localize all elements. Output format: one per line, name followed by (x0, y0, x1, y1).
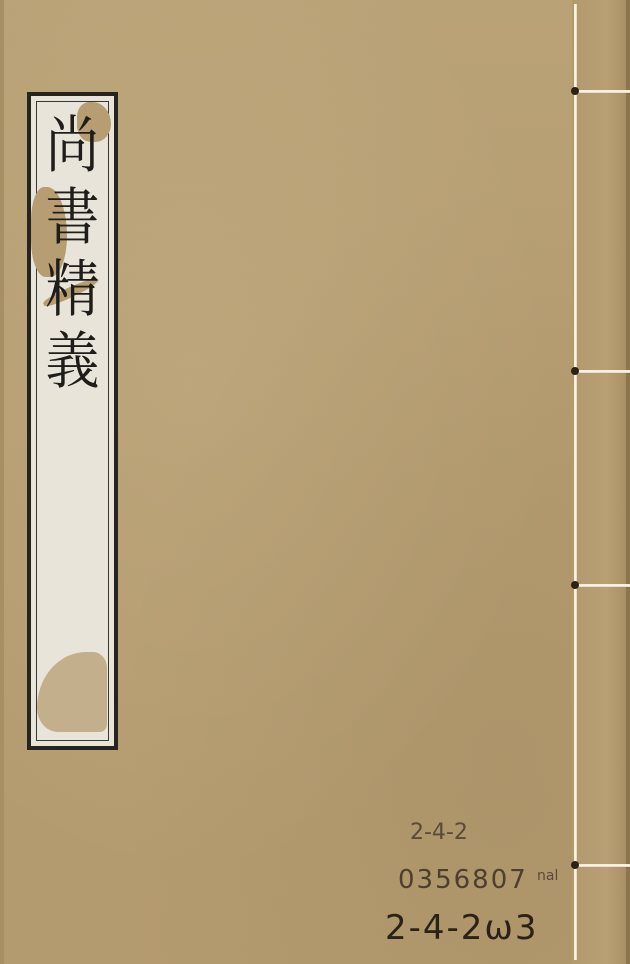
binding-thread-horizontal (577, 370, 630, 373)
title-char: 尚 (46, 105, 100, 188)
title-char: 義 (46, 321, 100, 404)
title-char: 書 (46, 177, 100, 260)
stitch-hole (571, 87, 579, 95)
accession-suffix: nal (537, 868, 558, 884)
call-number-line-1: 2-4-2 (410, 820, 468, 845)
cover-left-edge (0, 0, 4, 964)
binding-thread-vertical (574, 4, 577, 960)
call-number-line-3: 2-4-2ω3 (385, 908, 539, 948)
binding-thread-horizontal (577, 584, 630, 587)
book-cover: 尚 書 精 義 2-4-2 0356807 nal 2-4-2ω3 (0, 0, 630, 964)
binding-thread-horizontal (577, 864, 630, 867)
title-char: 精 (46, 249, 100, 332)
stitch-hole (571, 581, 579, 589)
spine-shadow (626, 0, 630, 964)
title-label: 尚 書 精 義 (27, 92, 118, 750)
binding-spine (572, 0, 630, 964)
book-title: 尚 書 精 義 (27, 110, 118, 398)
binding-thread-horizontal (577, 90, 630, 93)
accession-number: 0356807 (398, 865, 528, 895)
stitch-hole (571, 861, 579, 869)
stitch-hole (571, 367, 579, 375)
